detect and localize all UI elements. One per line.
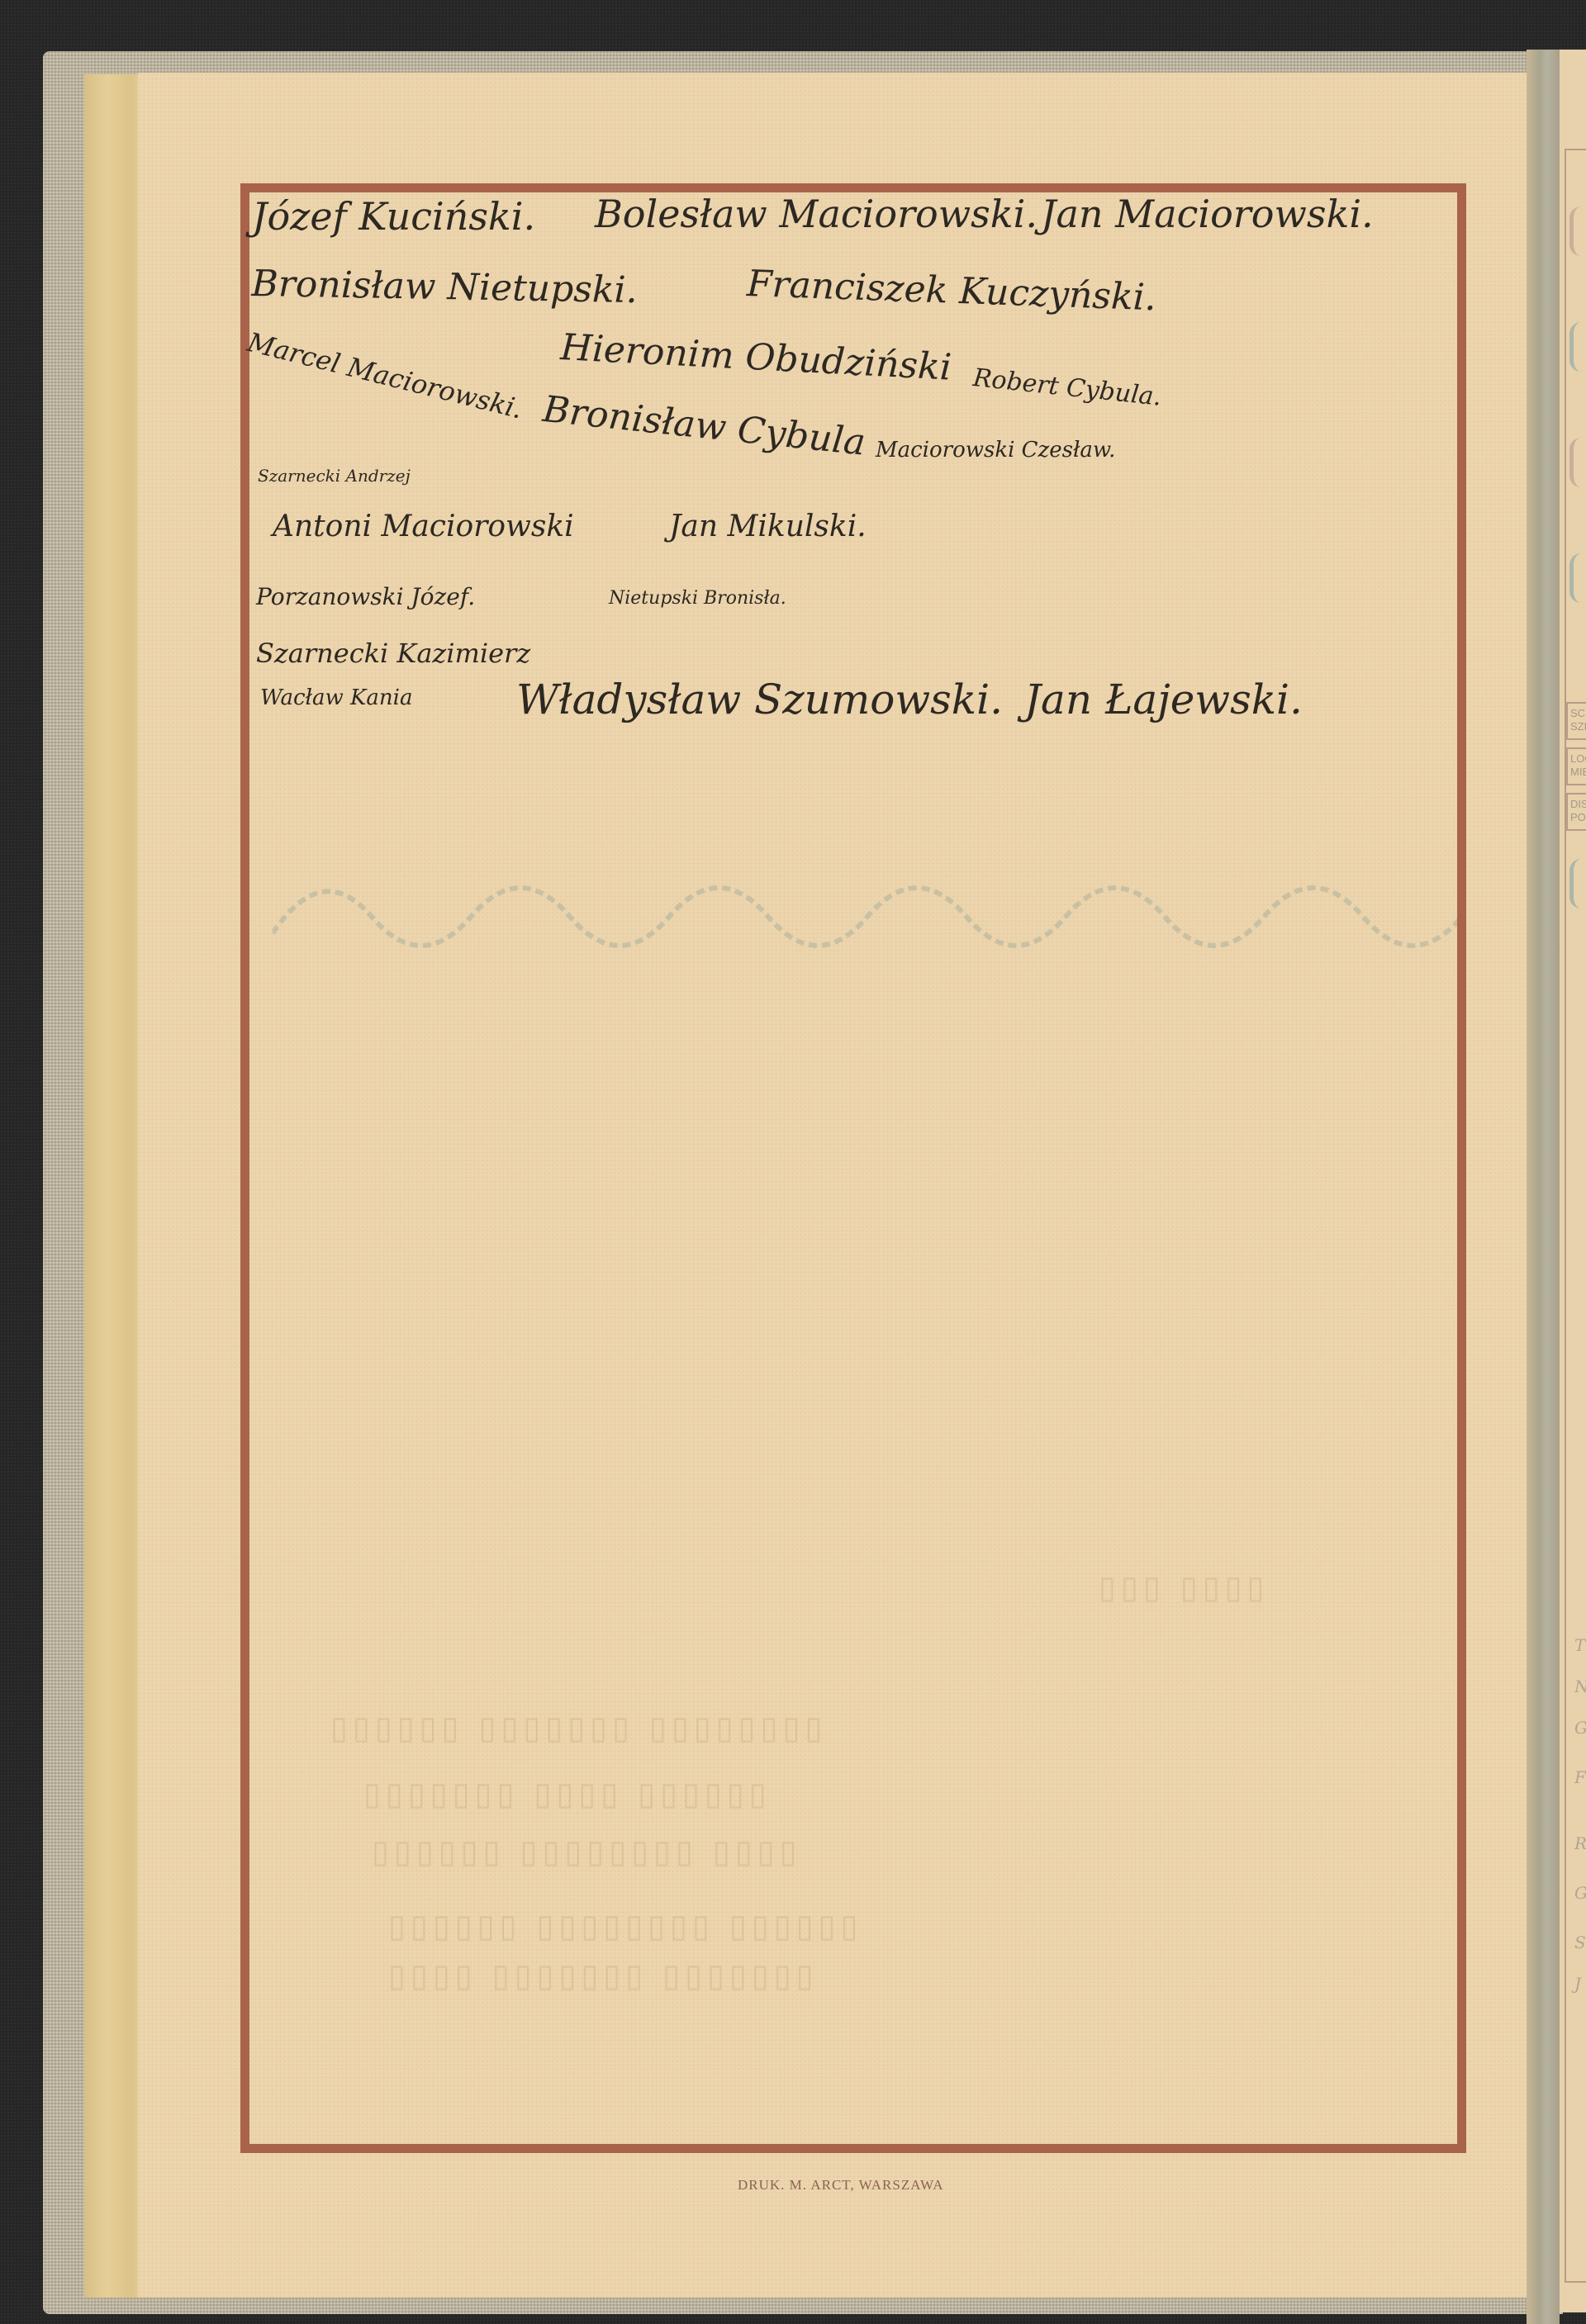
handwritten-signature: Maciorowski Czesław. bbox=[876, 438, 1115, 462]
handwritten-signature: Szarnecki Kazimierz bbox=[256, 638, 530, 669]
adjacent-ornament bbox=[1569, 859, 1586, 908]
adjacent-box-text: DIS bbox=[1570, 798, 1586, 810]
adjacent-box-text: PO bbox=[1570, 811, 1586, 823]
handwritten-signature: Jan Mikulski. bbox=[669, 510, 867, 543]
printer-imprint: DRUK. M. ARCT, WARSZAWA bbox=[738, 2177, 969, 2194]
handwritten-signature: Bolesław Maciorowski. bbox=[595, 192, 1038, 236]
adjacent-handwriting: F bbox=[1574, 1767, 1586, 1787]
handwritten-signature: Jan Łajewski. bbox=[1024, 676, 1303, 723]
adjacent-handwriting: R bbox=[1574, 1833, 1586, 1853]
adjacent-ornament bbox=[1569, 206, 1586, 256]
handwritten-signature: Józef Kuciński. bbox=[252, 194, 535, 239]
adjacent-ornament bbox=[1569, 322, 1586, 372]
adjacent-ornament bbox=[1569, 438, 1586, 487]
handwritten-signature: Szarnecki Andrzej bbox=[258, 466, 411, 486]
adjacent-box-text: SZK bbox=[1570, 720, 1586, 733]
adjacent-handwriting: T bbox=[1574, 1635, 1585, 1655]
adjacent-box: DIS PO bbox=[1566, 793, 1586, 831]
page-edges bbox=[84, 74, 142, 2298]
handwritten-signature: Wacław Kania bbox=[260, 685, 412, 710]
handwritten-signature: Jan Maciorowski. bbox=[1041, 192, 1374, 236]
adjacent-handwriting: N bbox=[1574, 1677, 1586, 1696]
adjacent-box-text: MIE bbox=[1570, 766, 1586, 778]
handwritten-signature: Bronisław Nietupski. bbox=[251, 263, 638, 311]
adjacent-box-text: LOG bbox=[1570, 752, 1586, 765]
handwritten-signature: Porzanowski Józef. bbox=[256, 583, 475, 610]
handwritten-signature: Nietupski Bronisła. bbox=[609, 588, 786, 609]
adjacent-box: LOG MIE bbox=[1566, 747, 1586, 785]
adjacent-box-text: SCH bbox=[1570, 707, 1586, 719]
book-gutter bbox=[1527, 50, 1560, 2324]
adjacent-handwriting: G bbox=[1574, 1718, 1586, 1738]
handwritten-signature: Władysław Szumowski. bbox=[516, 676, 1003, 723]
adjacent-box: SCH SZK bbox=[1566, 702, 1586, 740]
adjacent-handwriting: S bbox=[1574, 1933, 1586, 1952]
handwritten-signature: Antoni Maciorowski bbox=[273, 510, 574, 543]
adjacent-page: SCH SZK LOG MIE DIS PO T N G F R G S J bbox=[1560, 50, 1586, 2312]
adjacent-handwriting: J bbox=[1574, 1974, 1581, 1994]
adjacent-handwriting: G bbox=[1574, 1883, 1586, 1903]
red-border-frame bbox=[240, 183, 1466, 2153]
adjacent-ornament bbox=[1569, 553, 1586, 603]
